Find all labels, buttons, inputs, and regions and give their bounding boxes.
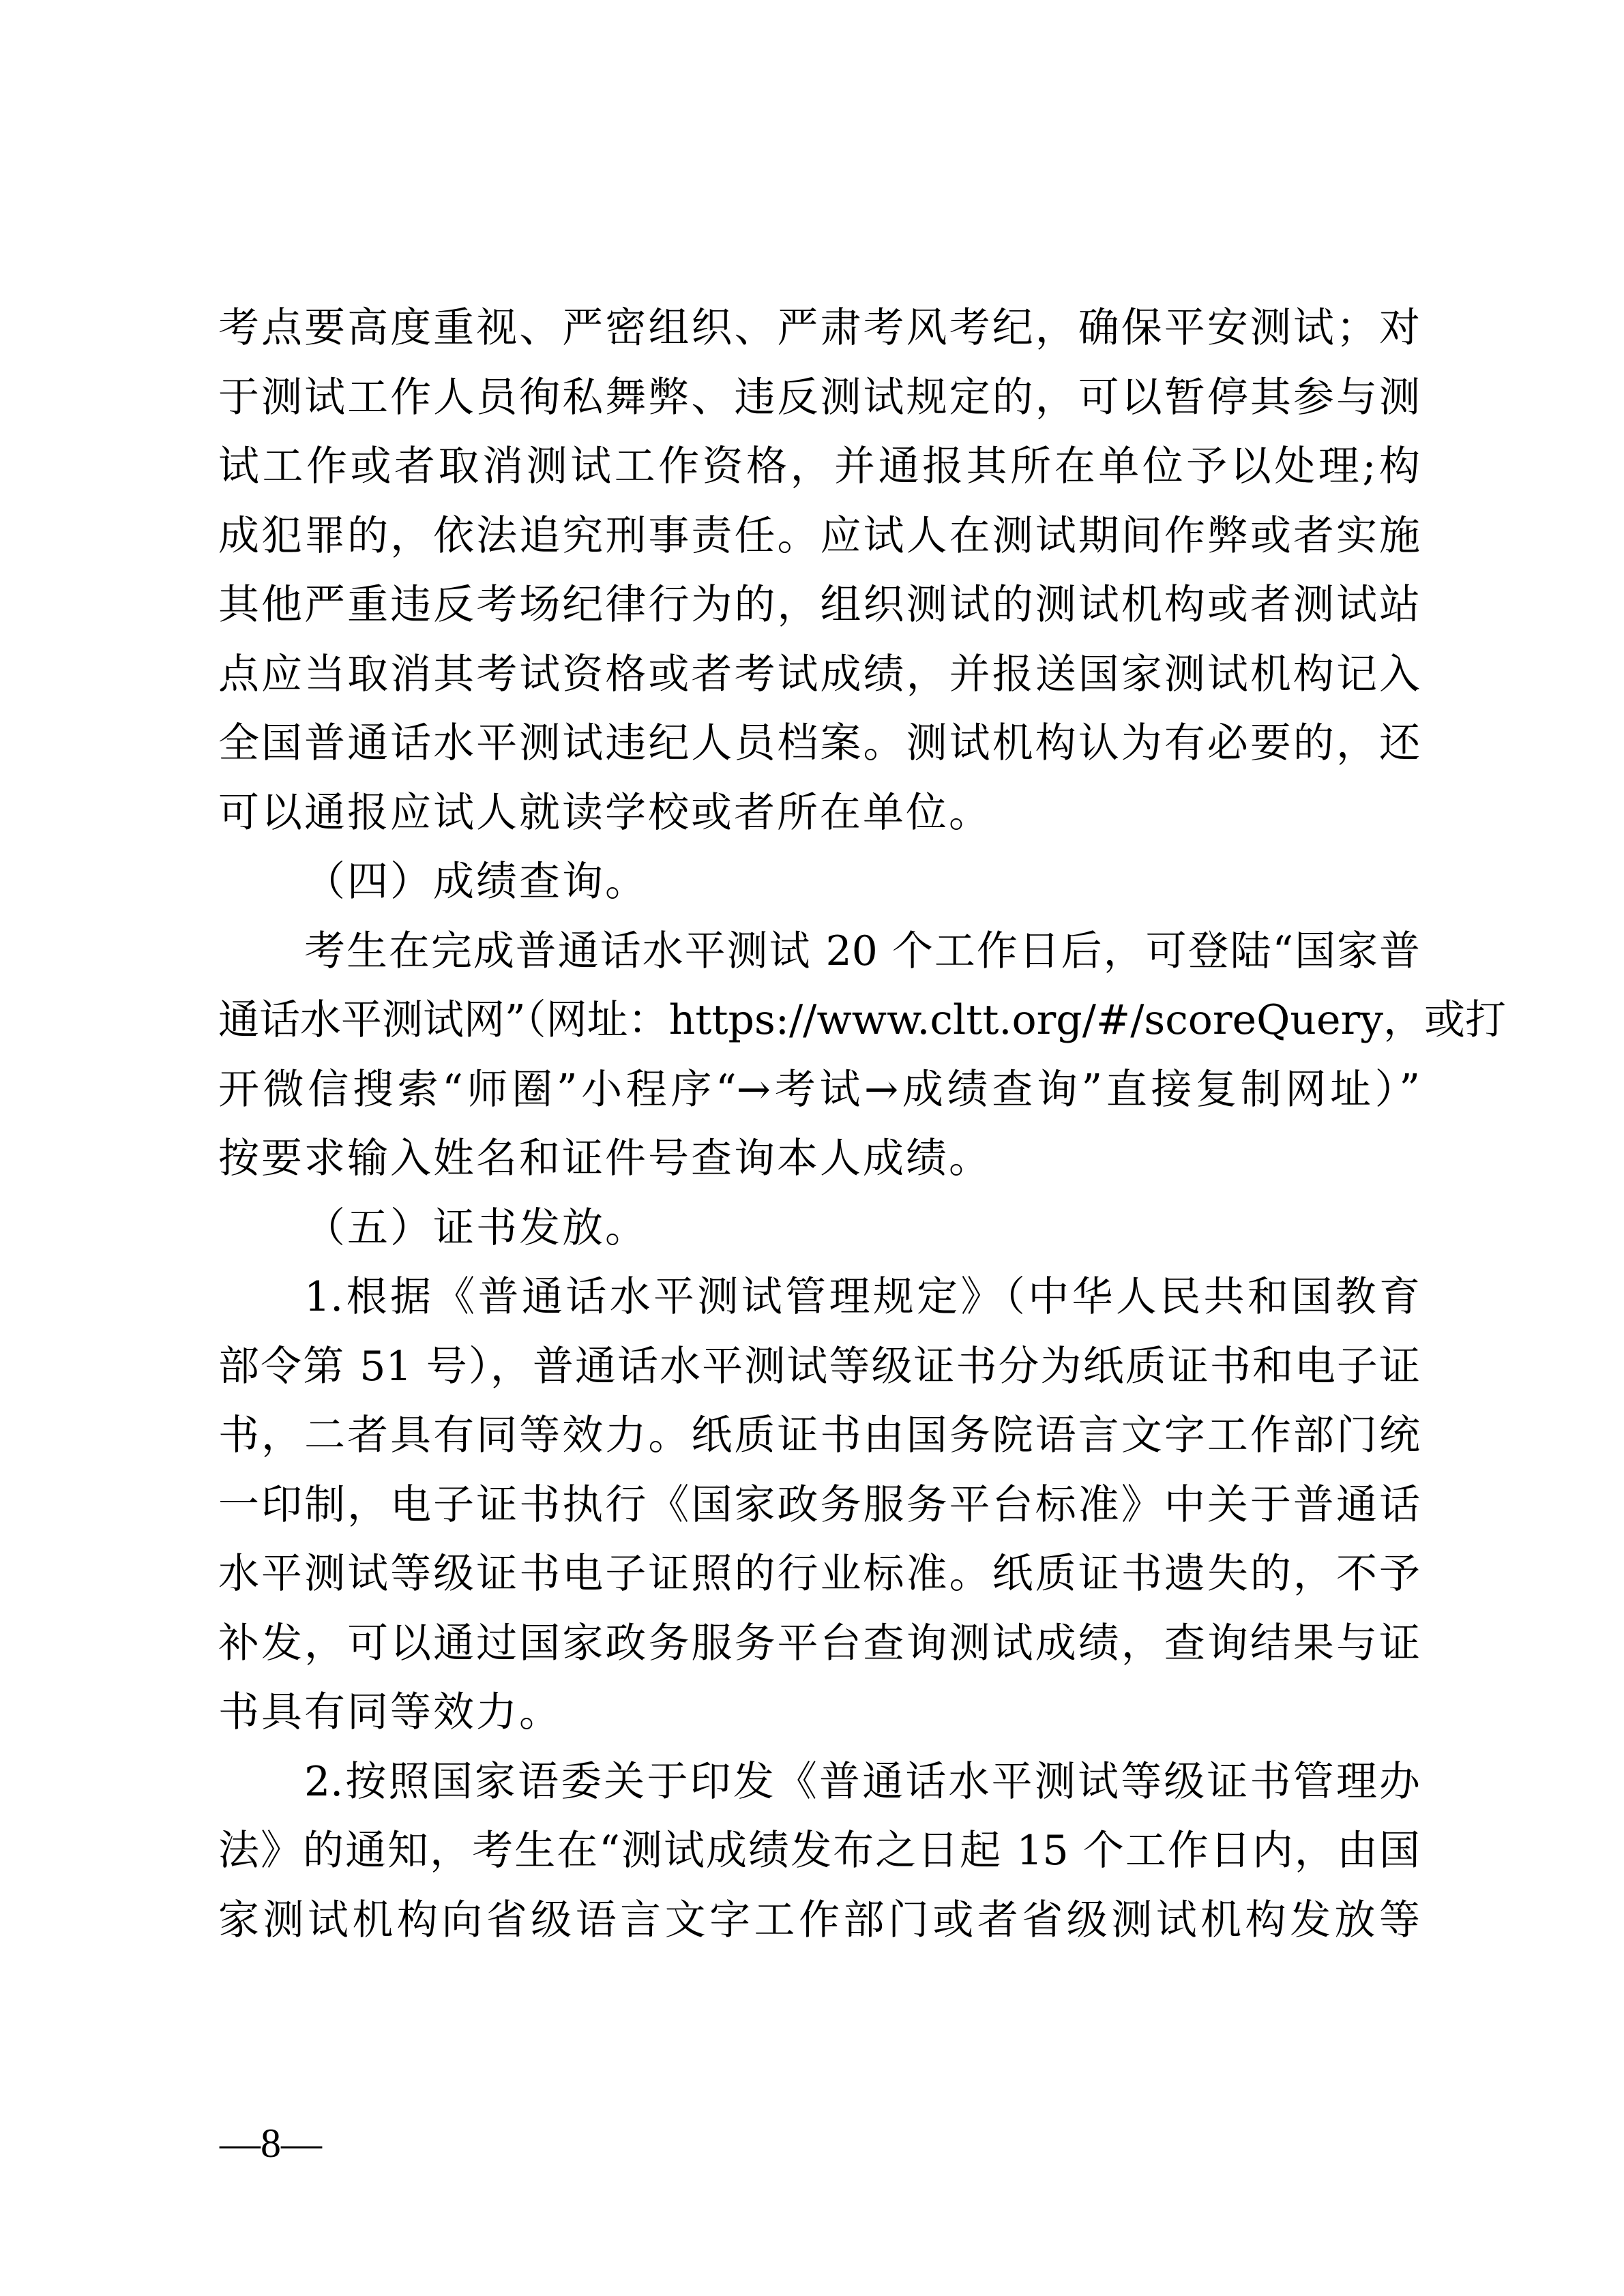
line-text: 开微信搜索“师圈”小程序“→考试→成绩查询”直接复制网址）” xyxy=(218,1056,1420,1125)
line-text: 点应当取消其考试资格或者考试成绩，并报送国家测试机构记入 xyxy=(218,640,1420,710)
text-line: 补发，可以通过国家政务服务平台查询测试成绩，查询结果与证 xyxy=(218,1609,1420,1679)
text-line: 部令第 51 号），普通话水平测试等级证书分为纸质证书和电子证 xyxy=(218,1332,1420,1402)
heading-text: （五）证书发放。 xyxy=(218,1194,1506,1264)
text-line: 开微信搜索“师圈”小程序“→考试→成绩查询”直接复制网址）” xyxy=(218,1056,1420,1125)
text-line: 法》的通知，考生在“测试成绩发布之日起 15 个工作日内，由国 xyxy=(218,1817,1420,1886)
text-line: 全国普通话水平测试违纪人员档案。测试机构认为有必要的，还 xyxy=(218,709,1420,779)
text-line: 点应当取消其考试资格或者考试成绩，并报送国家测试机构记入 xyxy=(218,640,1420,710)
text-line: 成犯罪的，依法追究刑事责任。应试人在测试期间作弊或者实施 xyxy=(218,502,1420,571)
page-number: —8— xyxy=(220,2119,322,2167)
section-heading-certificate-issuance: （五）证书发放。 xyxy=(218,1194,1420,1264)
line-text: 书，二者具有同等效力。纸质证书由国务院语言文字工作部门统 xyxy=(218,1401,1420,1471)
line-text: 书具有同等效力。 xyxy=(218,1678,1420,1748)
line-text: 补发，可以通过国家政务服务平台查询测试成绩，查询结果与证 xyxy=(218,1609,1420,1679)
line-text: 法》的通知，考生在“测试成绩发布之日起 15 个工作日内，由国 xyxy=(218,1817,1420,1886)
text-line: 书具有同等效力。 xyxy=(218,1678,1420,1748)
line-text: 于测试工作人员徇私舞弊、违反测试规定的，可以暂停其参与测 xyxy=(218,363,1420,433)
text-line: 2.按照国家语委关于印发《普通话水平测试等级证书管理办 xyxy=(218,1748,1420,1817)
line-text: 按要求输入姓名和证件号查询本人成绩。 xyxy=(218,1124,1420,1194)
line-text: 考生在完成普通话水平测试 20 个工作日后，可登陆“国家普 xyxy=(218,917,1420,987)
text-line: 家测试机构向省级语言文字工作部门或者省级测试机构发放等 xyxy=(218,1886,1420,1956)
document-page: 考点要高度重视、严密组织、严肃考风考纪，确保平安测试；对 于测试工作人员徇私舞弊… xyxy=(0,0,1624,2296)
text-line: 水平测试等级证书电子证照的行业标准。纸质证书遗失的，不予 xyxy=(218,1540,1420,1609)
text-line: 其他严重违反考场纪律行为的，组织测试的测试机构或者测试站 xyxy=(218,571,1420,640)
line-text: 考点要高度重视、严密组织、严肃考风考纪，确保平安测试；对 xyxy=(218,294,1420,363)
line-text: 通话水平测试网”（网址：https://www.cltt.org/#/score… xyxy=(218,986,1420,1056)
section-heading-score-query: （四）成绩查询。 xyxy=(218,848,1420,917)
text-line: 试工作或者取消测试工作资格，并通报其所在单位予以处理;构 xyxy=(218,432,1420,502)
heading-text: （四）成绩查询。 xyxy=(218,848,1506,917)
line-text: 水平测试等级证书电子证照的行业标准。纸质证书遗失的，不予 xyxy=(218,1540,1420,1609)
line-text: 部令第 51 号），普通话水平测试等级证书分为纸质证书和电子证 xyxy=(218,1332,1420,1402)
text-line: 可以通报应试人就读学校或者所在单位。 xyxy=(218,779,1420,848)
line-text: 成犯罪的，依法追究刑事责任。应试人在测试期间作弊或者实施 xyxy=(218,502,1420,571)
text-line: 考点要高度重视、严密组织、严肃考风考纪，确保平安测试；对 xyxy=(218,294,1420,363)
text-line: 1.根据《普通话水平测试管理规定》（中华人民共和国教育 xyxy=(218,1263,1420,1332)
line-text: 全国普通话水平测试违纪人员档案。测试机构认为有必要的，还 xyxy=(218,709,1420,779)
line-text: 其他严重违反考场纪律行为的，组织测试的测试机构或者测试站 xyxy=(218,571,1420,640)
line-text: 试工作或者取消测试工作资格，并通报其所在单位予以处理;构 xyxy=(218,432,1420,502)
line-text: 家测试机构向省级语言文字工作部门或者省级测试机构发放等 xyxy=(218,1886,1420,1956)
text-line: 一印制，电子证书执行《国家政务服务平台标准》中关于普通话 xyxy=(218,1471,1420,1540)
line-text: 2.按照国家语委关于印发《普通话水平测试等级证书管理办 xyxy=(218,1748,1420,1817)
text-line: 书，二者具有同等效力。纸质证书由国务院语言文字工作部门统 xyxy=(218,1401,1420,1471)
text-line-with-url: 通话水平测试网”（网址：https://www.cltt.org/#/score… xyxy=(218,986,1420,1056)
line-text: 1.根据《普通话水平测试管理规定》（中华人民共和国教育 xyxy=(218,1263,1420,1332)
text-line: 考生在完成普通话水平测试 20 个工作日后，可登陆“国家普 xyxy=(218,917,1420,987)
text-line: 按要求输入姓名和证件号查询本人成绩。 xyxy=(218,1124,1420,1194)
line-text: 可以通报应试人就读学校或者所在单位。 xyxy=(218,779,1420,848)
line-text: 一印制，电子证书执行《国家政务服务平台标准》中关于普通话 xyxy=(218,1471,1420,1540)
text-line: 于测试工作人员徇私舞弊、违反测试规定的，可以暂停其参与测 xyxy=(218,363,1420,433)
document-body: 考点要高度重视、严密组织、严肃考风考纪，确保平安测试；对 于测试工作人员徇私舞弊… xyxy=(218,294,1420,1955)
